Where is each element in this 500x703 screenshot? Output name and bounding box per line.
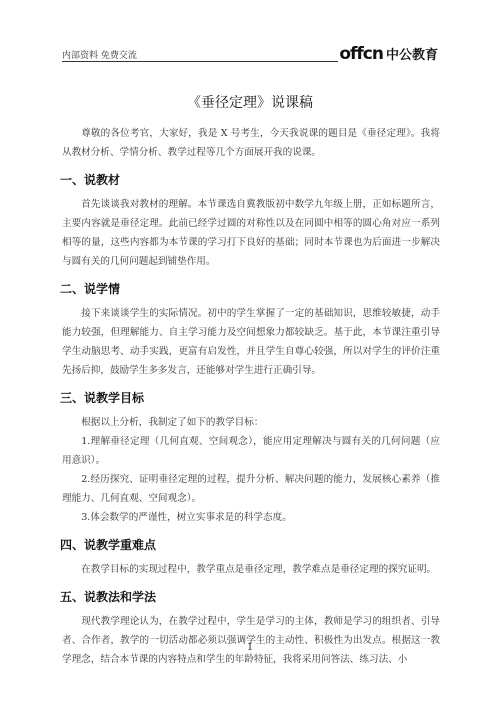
section-heading: 四、说教学重难点 xyxy=(60,536,440,554)
paragraph: 首先谈谈我对教材的理解。本节课选自冀教版初中数学九年级上册，正如标题所言，主要内… xyxy=(62,195,440,271)
document-page: 内部资料 免费交流 offcn 中公教育 《垂径定理》说课稿 尊敬的各位考官，大… xyxy=(0,0,500,703)
logo-en-text: offcn xyxy=(339,44,383,64)
paragraph: 现代教学理论认为，在教学过程中，学生是学习的主体，教师是学习的组织者、引导者、合… xyxy=(62,612,440,669)
header-left-text: 内部资料 免费交流 xyxy=(62,48,137,61)
paragraph: 接下来谈谈学生的实际情况。初中的学生掌握了一定的基础知识，思维较敏捷，动手能力较… xyxy=(62,304,440,380)
section-heading: 二、说学情 xyxy=(60,280,440,298)
paragraph: 在教学目标的实现过程中，教学重点是垂径定理，教学难点是垂径定理的探究证明。 xyxy=(62,560,440,579)
page-header: 内部资料 免费交流 offcn 中公教育 xyxy=(62,44,438,62)
list-item: 3.体会数学的严谨性，树立实事求是的科学态度。 xyxy=(62,508,440,527)
logo-cn-text: 中公教育 xyxy=(386,44,438,63)
document-title: 《垂径定理》说课稿 xyxy=(0,92,500,112)
section-heading: 五、说教法和学法 xyxy=(60,588,440,606)
intro-paragraph: 尊敬的各位考官，大家好，我是 X 号考生，今天我说课的题目是《垂径定理》。我将从… xyxy=(62,124,440,162)
paragraph: 根据以上分析，我制定了如下的教学目标： xyxy=(62,413,440,432)
list-item: 2.经历探究、证明垂径定理的过程，提升分析、解决问题的能力，发展核心素养（推理能… xyxy=(62,470,440,508)
header-rule xyxy=(62,61,338,62)
section-heading: 一、说教材 xyxy=(60,171,440,189)
section-heading: 三、说教学目标 xyxy=(60,389,440,407)
offcn-logo: offcn 中公教育 xyxy=(339,44,438,64)
document-body: 尊敬的各位考官，大家好，我是 X 号考生，今天我说课的题目是《垂径定理》。我将从… xyxy=(62,124,440,669)
list-item: 1.理解垂径定理（几何直观、空间观念），能应用定理解决与圆有关的几何问题（应用意… xyxy=(62,432,440,470)
page-number: 1 xyxy=(0,642,500,653)
